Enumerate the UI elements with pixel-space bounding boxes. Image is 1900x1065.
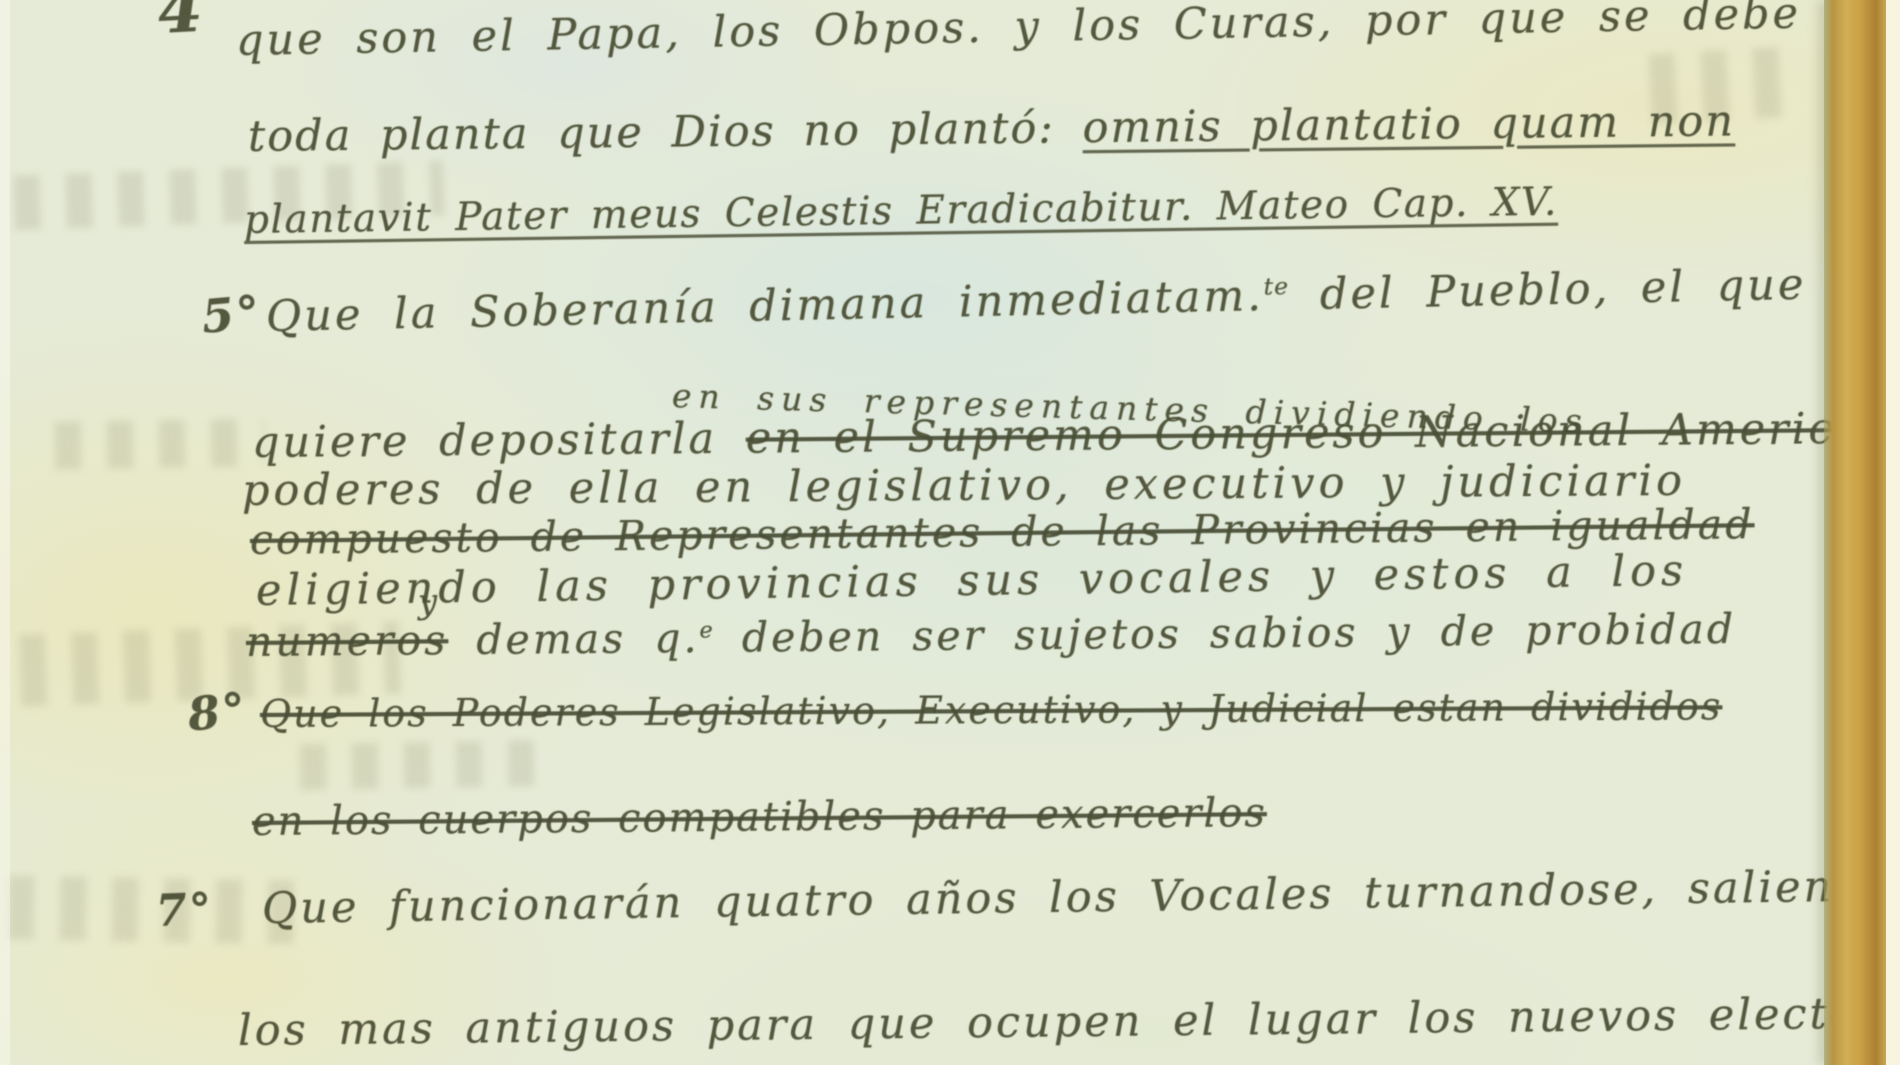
item5-line6-a: demas q.	[448, 614, 700, 664]
item7-line2: los mas antiguos para que ocupen el luga…	[238, 989, 1884, 1058]
manuscript-page: 4 que son el Papa, los Obpos. y los Cura…	[0, 0, 1900, 1065]
item5-line1-b: del Pueblo, el que solo	[1289, 257, 1900, 321]
item4-line2-text: toda planta que Dios no plantó:	[248, 103, 1083, 162]
outer-paper-edge	[1886, 0, 1900, 1065]
struck-text-supremo-congreso: en el Supremo Congreso Nacional American…	[746, 403, 1900, 463]
item4-line2: toda planta que Dios no plantó: omnis pl…	[248, 96, 1736, 163]
item7-number: 7°	[155, 884, 214, 939]
item5-line1-a: Que la Soberanía dimana inmediatam.	[265, 271, 1264, 342]
superscript-te: te	[1263, 272, 1289, 301]
left-page-edge	[0, 0, 10, 1065]
item4-line1: que son el Papa, los Obpos. y los Curas,…	[236, 0, 1900, 68]
item4-line3: plantavit Pater meus Celestis Eradicabit…	[244, 180, 1558, 245]
item5-number: 5°	[200, 285, 265, 345]
bleed-through-smudge	[55, 418, 266, 470]
latin-quote-part2: plantavit Pater meus Celestis Eradicabit…	[244, 185, 1194, 243]
item8-line2-struck: en los cuerpos compatibles para exercerl…	[252, 789, 1267, 846]
item7-line1: Que funcionarán quatro años los Vocales …	[262, 861, 1894, 935]
superscript-e: e	[699, 617, 714, 643]
latin-quote-part1: omnis plantatio quam non	[1082, 96, 1735, 153]
item8-number: 8°	[185, 682, 250, 743]
bleed-through-smudge	[300, 740, 551, 790]
item5-line6-b: deben ser sujetos sabios y de probidad	[714, 605, 1737, 662]
struck-word-numeros: numeros	[246, 616, 449, 666]
item5-line1: Que la Soberanía dimana inmediatam.te de…	[265, 257, 1900, 344]
page-binding-edge	[1824, 0, 1886, 1065]
item5-line2-a: quiere depositarla	[252, 414, 746, 468]
item4-number: 4	[156, 0, 207, 51]
item8-line1-struck: Que los Poderes Legislativo, Executivo, …	[260, 684, 1723, 737]
scripture-reference: Mateo Cap. XV.	[1193, 180, 1558, 230]
